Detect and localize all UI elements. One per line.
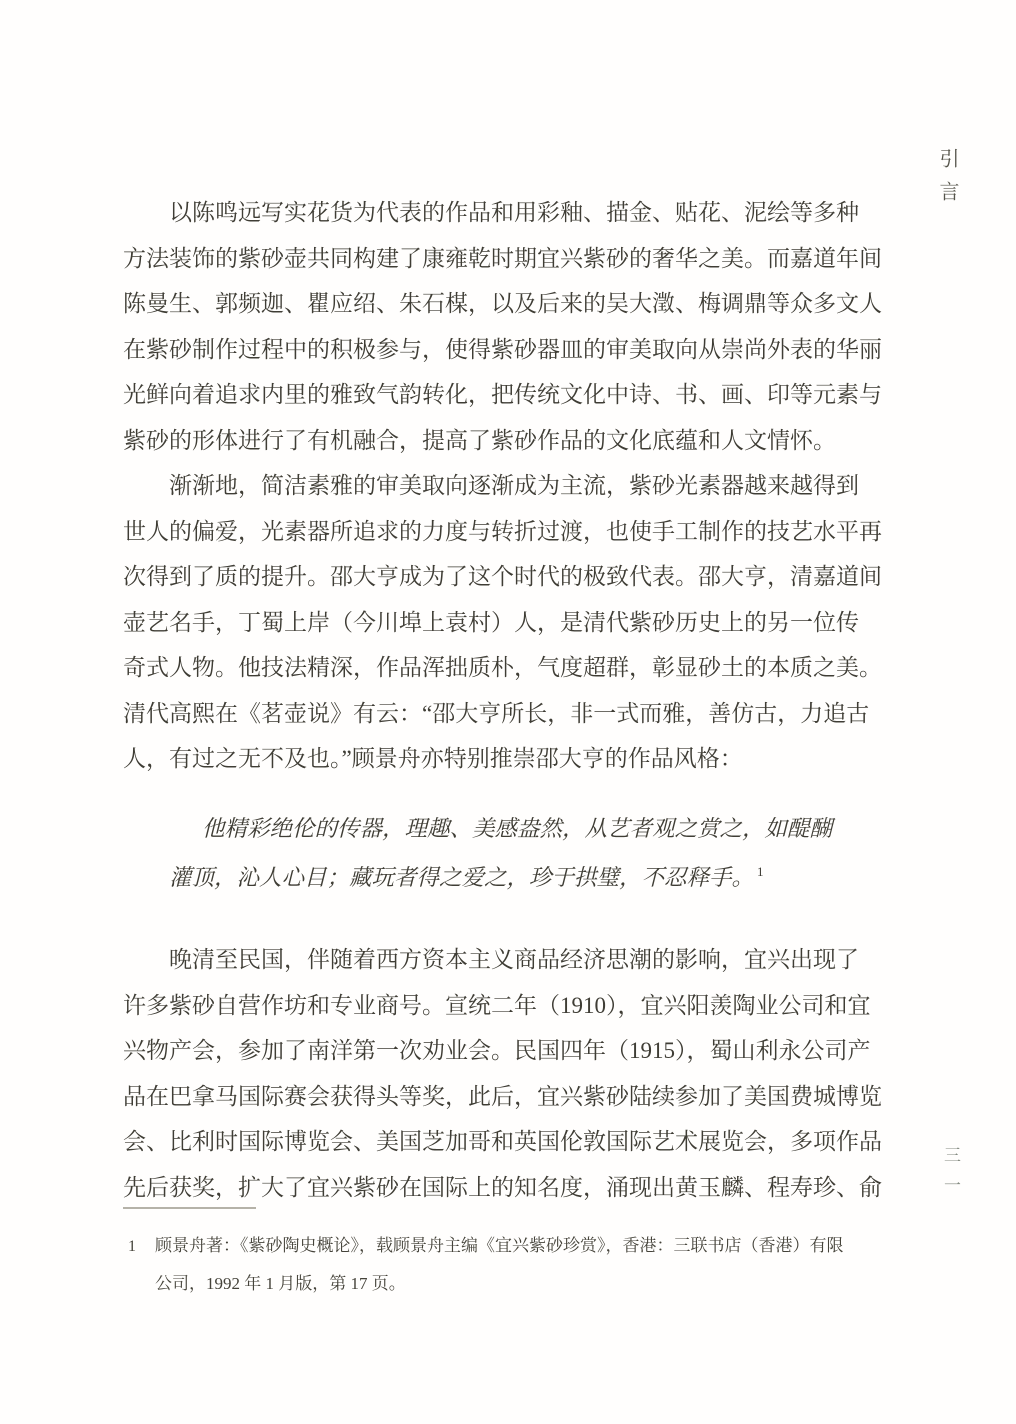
text-line: 人，有过之无不及也。”顾景舟亦特别推崇邵大亨的作品风格：: [123, 736, 885, 782]
footnote-text: 顾景舟著：《紫砂陶史概论》，载顾景舟主编《宜兴紫砂珍赏》，香港：三联书店（香港）…: [155, 1236, 844, 1255]
text-line: 兴物产会，参加了南洋第一次劝业会。民国四年（1915），蜀山利永公司产: [123, 1028, 885, 1074]
text-line: 次得到了质的提升。邵大亨成为了这个时代的极致代表。邵大亨，清嘉道间: [123, 554, 885, 600]
text-line: 紫砂的形体进行了有机融合，提高了紫砂作品的文化底蕴和人文情怀。: [123, 418, 885, 464]
text-line: 先后获奖，扩大了宜兴紫砂在国际上的知名度，涌现出黄玉麟、程寿珍、俞: [123, 1165, 885, 1211]
footnote-marker: 1: [128, 1228, 155, 1265]
paragraph-1: 以陈鸣远写实花货为代表的作品和用彩釉、描金、贴花、泥绘等多种 方法装饰的紫砂壶共…: [123, 190, 885, 463]
text-line: 世人的偏爱，光素器所追求的力度与转折过渡，也使手工制作的技艺水平再: [123, 509, 885, 555]
text-line: 奇式人物。他技法精深，作品浑拙质朴，气度超群，彰显砂土的本质之美。: [123, 645, 885, 691]
text-line: 壶艺名手，丁蜀上岸（今川埠上袁村）人，是清代紫砂历史上的另一位传: [123, 600, 885, 646]
text-line: 品在巴拿马国际赛会获得头等奖，此后，宜兴紫砂陆续参加了美国费城博览: [123, 1074, 885, 1120]
text-line: 以陈鸣远写实花货为代表的作品和用彩釉、描金、贴花、泥绘等多种: [123, 190, 885, 236]
footnote-reference: 1: [757, 864, 764, 879]
text-line: 光鲜向着追求内里的雅致气韵转化，把传统文化中诗、书、画、印等元素与: [123, 372, 885, 418]
page-number: 三一: [938, 1146, 963, 1206]
footnote: 1顾景舟著：《紫砂陶史概论》，载顾景舟主编《宜兴紫砂珍赏》，香港：三联书店（香港…: [128, 1227, 898, 1302]
footnote-line: 公司，1992 年 1 月版，第 17 页。: [128, 1265, 898, 1302]
text-line: 在紫砂制作过程中的积极参与，使得紫砂器皿的审美取向从崇尚外表的华丽: [123, 327, 885, 373]
quote-line: 他精彩绝伦的传器，理趣、美感盎然，从艺者观之赏之，如醍醐: [169, 807, 869, 850]
text-line: 陈曼生、郭频迦、瞿应绍、朱石楳，以及后来的吴大澂、梅调鼎等众多文人: [123, 281, 885, 327]
footnote-separator-rule: [123, 1207, 256, 1209]
text-line: 许多紫砂自营作坊和专业商号。宣统二年（1910），宜兴阳羡陶业公司和宜: [123, 983, 885, 1029]
text-line: 晚清至民国，伴随着西方资本主义商品经济思潮的影响，宜兴出现了: [123, 937, 885, 983]
running-head: 引言: [933, 148, 962, 214]
footnote-line: 1顾景舟著：《紫砂陶史概论》，载顾景舟主编《宜兴紫砂珍赏》，香港：三联书店（香港…: [128, 1227, 898, 1265]
text-line: 清代高熙在《茗壶说》有云：“邵大亨所长，非一式而雅，善仿古，力追古: [123, 691, 885, 737]
text-line: 会、比利时国际博览会、美国芝加哥和英国伦敦国际艺术展览会，多项作品: [123, 1119, 885, 1165]
text-line: 方法装饰的紫砂壶共同构建了康雍乾时期宜兴紫砂的奢华之美。而嘉道年间: [123, 236, 885, 282]
text-line: 渐渐地，简洁素雅的审美取向逐渐成为主流，紫砂光素器越来越得到: [123, 463, 885, 509]
paragraph-3: 晚清至民国，伴随着西方资本主义商品经济思潮的影响，宜兴出现了 许多紫砂自营作坊和…: [123, 937, 885, 1210]
block-quote: 他精彩绝伦的传器，理趣、美感盎然，从艺者观之赏之，如醍醐 灌顶，沁人心目；藏玩者…: [169, 807, 869, 893]
paragraph-2: 渐渐地，简洁素雅的审美取向逐渐成为主流，紫砂光素器越来越得到 世人的偏爱，光素器…: [123, 463, 885, 782]
quote-line: 灌顶，沁人心目；藏玩者得之爱之，珍于拱璧，不忍释手。1: [169, 850, 869, 893]
quote-line-text: 灌顶，沁人心目；藏玩者得之爱之，珍于拱璧，不忍释手。: [169, 865, 754, 890]
book-page: 引言 三一 以陈鸣远写实花货为代表的作品和用彩釉、描金、贴花、泥绘等多种 方法装…: [0, 0, 1016, 1424]
